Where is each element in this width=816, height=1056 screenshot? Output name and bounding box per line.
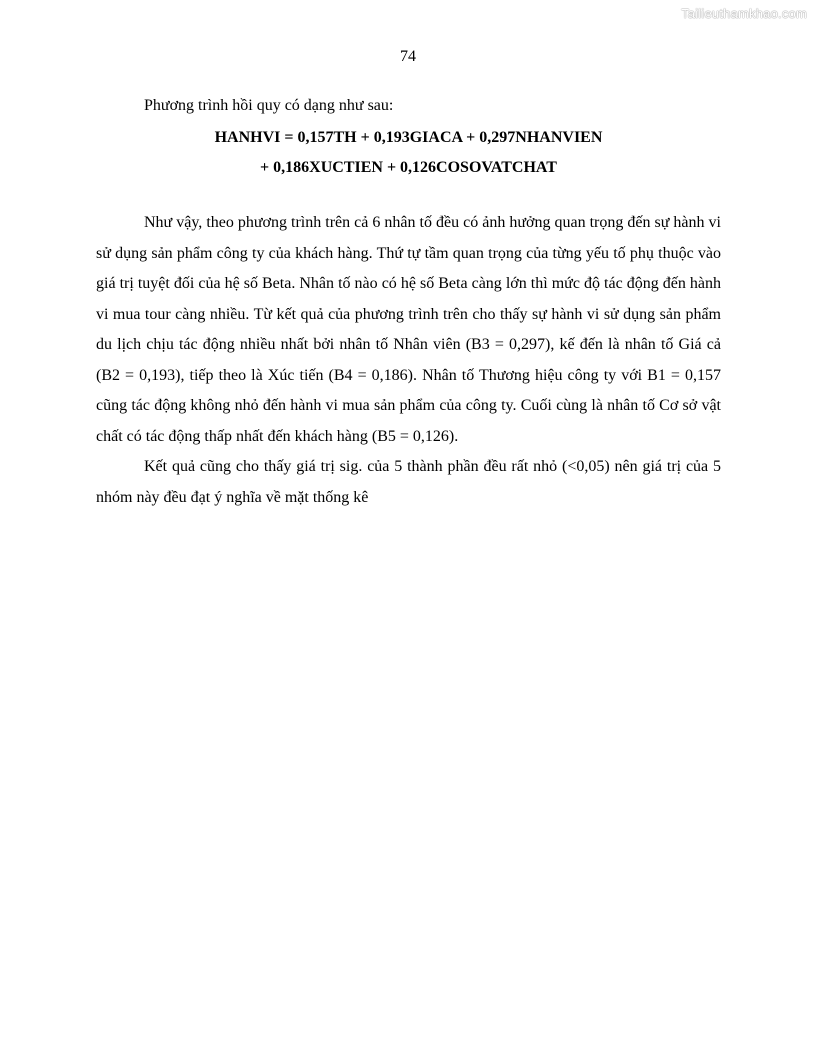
equation-line-2: + 0,186XUCTIEN + 0,126COSOVATCHAT	[96, 158, 721, 178]
page-number: 74	[0, 48, 816, 66]
equation-intro: Phương trình hồi quy có dạng như sau:	[96, 96, 721, 116]
watermark: Tailieuthamkhao.com	[681, 6, 807, 21]
paragraph-significance: Kết quả cũng cho thấy giá trị sig. của 5…	[96, 452, 721, 513]
regression-equation: HANHVI = 0,157TH + 0,193GIACA + 0,297NHA…	[96, 128, 721, 178]
paragraph-beta-interpretation: Như vậy, theo phương trình trên cả 6 nhâ…	[96, 208, 721, 452]
equation-line-1: HANHVI = 0,157TH + 0,193GIACA + 0,297NHA…	[96, 128, 721, 148]
document-body: Phương trình hồi quy có dạng như sau: HA…	[96, 96, 721, 513]
